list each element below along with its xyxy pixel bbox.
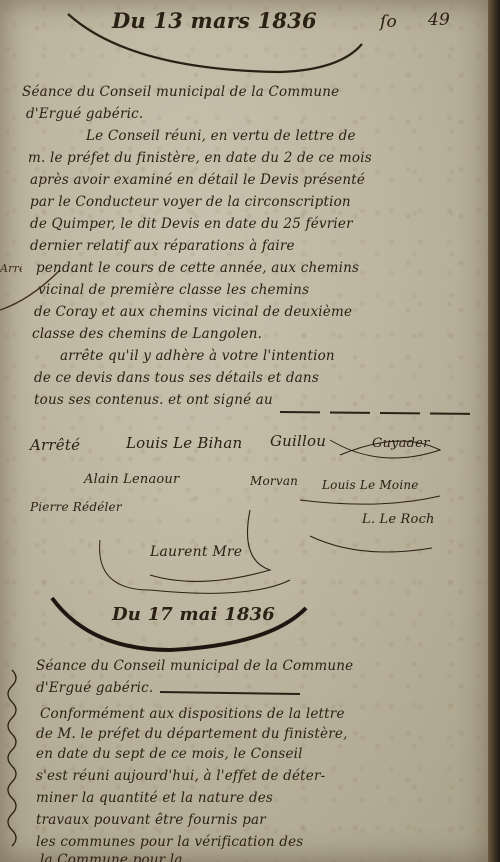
signature: Guyader — [372, 436, 429, 451]
entry-1-body-line: après avoir examiné en détail le Devis p… — [30, 172, 365, 188]
entry-1-body-line: classe des chemins de Langolen. — [32, 326, 262, 342]
entry-2-body-line: les communes pour la vérification des — [36, 834, 303, 850]
signature: Morvan — [250, 474, 298, 488]
entry-1-body-line: Le Conseil réuni, en vertu de lettre de — [86, 128, 356, 144]
entry-2-body-line: en date du sept de ce mois, le Conseil — [36, 746, 303, 762]
manuscript-page: Du 13 mars 1836 ſo 49 Séance du Conseil … — [0, 0, 490, 862]
date-heading-2: Du 17 mai 1836 — [112, 604, 275, 625]
signature: L. Le Roch — [362, 512, 435, 527]
entry-1-body-line: de Coray et aux chemins vicinal de deuxi… — [34, 304, 352, 320]
entry-2-body-line: miner la quantité et la nature des — [36, 790, 273, 806]
entry-1-title-line-2: d'Ergué gabéric. — [26, 106, 143, 122]
entry-1-body-line: tous ses contenus. et ont signé au — [34, 392, 273, 408]
signature: Louis Le Bihan — [126, 434, 242, 452]
entry-2-body-line: travaux pouvant être fournis par — [36, 812, 266, 828]
entry-1-body-line: par le Conducteur voyer de la circonscri… — [30, 194, 351, 210]
signature: Pierre Rédéler — [30, 500, 122, 514]
folio-number: 49 — [428, 10, 450, 30]
margin-note-text: Arrêté sur le devis du chemin vicinal — [0, 262, 22, 275]
entry-1-body-line: de Quimper, le dit Devis en date du 25 f… — [30, 216, 353, 232]
entry-1-body-line: m. le préfet du finistère, en date du 2 … — [28, 150, 372, 166]
entry-2-body-line: de M. le préfet du département du finist… — [36, 726, 348, 742]
entry-2-title-line-2: d'Ergué gabéric. — [36, 680, 153, 696]
entry-2-body-line: Conformément aux dispositions de la lett… — [40, 706, 345, 722]
margin-note: Arrêté sur le devis du chemin vicinal — [0, 262, 22, 275]
entry-1-body-line: de ce devis dans tous ses détails et dan… — [34, 370, 319, 386]
entry-2-title-line-1: Séance du Conseil municipal de la Commun… — [36, 658, 353, 674]
entry-1-body-line: vicinal de première classe les chemins — [38, 282, 309, 298]
entry-1-body-line: pendant le cours de cette année, aux che… — [36, 260, 359, 276]
signature: Alain Lenaour — [84, 472, 179, 487]
signature: Arrêté — [30, 436, 80, 454]
folio-prefix: ſo — [380, 12, 397, 32]
signature: Guillou — [270, 432, 326, 450]
entry-2-body-line: s'est réuni aujourd'hui, à l'effet de dé… — [36, 768, 325, 784]
entry-1-body-line: dernier relatif aux réparations à faire — [30, 238, 295, 254]
date-heading-1: Du 13 mars 1836 — [112, 8, 317, 33]
entry-1-title-line-1: Séance du Conseil municipal de la Commun… — [22, 84, 339, 100]
signature: Laurent Mre — [150, 544, 242, 560]
signature: Louis Le Moine — [322, 478, 419, 492]
entry-2-body-line: la Commune pour la ... — [40, 852, 201, 862]
entry-1-body-line: arrête qu'il y adhère à votre l'intentio… — [60, 348, 335, 364]
book-binding-edge — [488, 0, 500, 862]
